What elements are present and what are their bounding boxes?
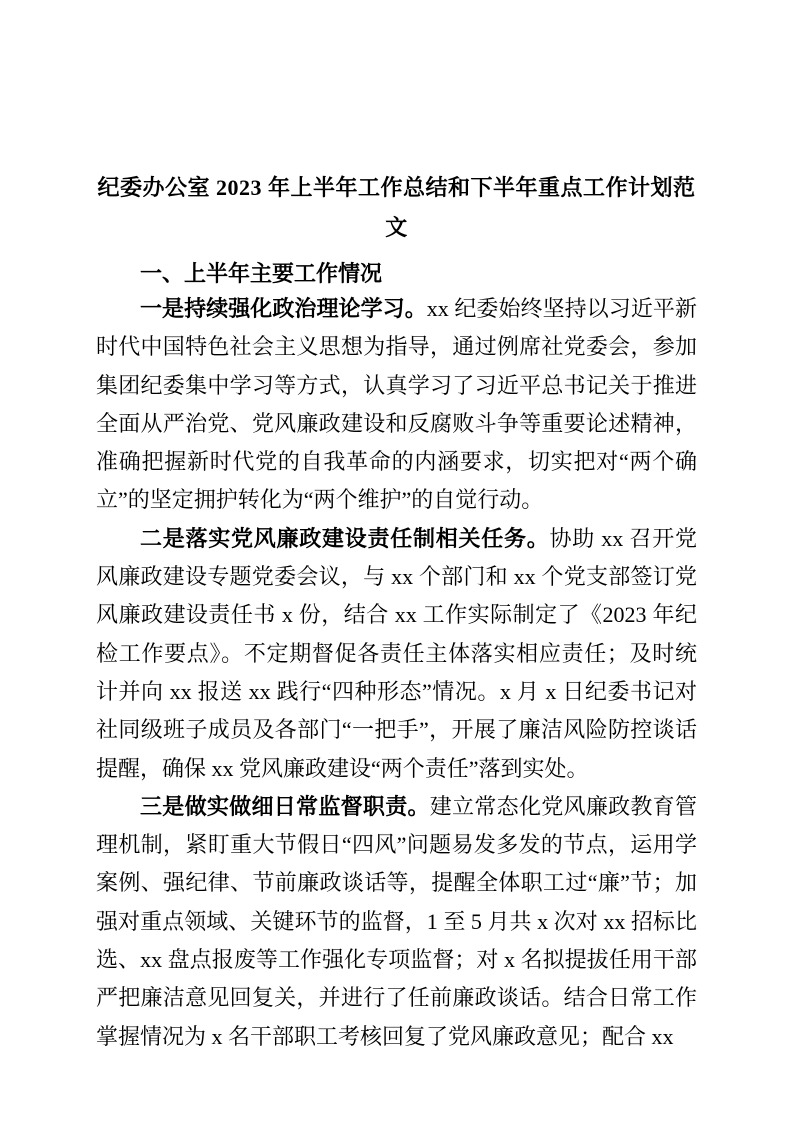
paragraph-lead-emphasis: 二是落实党风廉政建设责任制相关任务。: [140, 526, 549, 551]
section-heading: 一、上半年主要工作情况: [96, 258, 697, 290]
document-content: 纪委办公室 2023 年上半年工作总结和下半年重点工作计划范文 一、上半年主要工…: [96, 168, 697, 1056]
body-paragraph: 二是落实党风廉政建设责任制相关任务。协助 xx 召开党风廉政建设专题党委会议，与…: [96, 520, 697, 788]
document-title: 纪委办公室 2023 年上半年工作总结和下半年重点工作计划范文: [96, 168, 697, 248]
paragraph-text: xx 纪委始终坚持以习近平新时代中国特色社会主义思想为指导，通过例席社党委会，参…: [96, 296, 697, 512]
paragraph-text: 协助 xx 召开党风廉政建设专题党委会议，与 xx 个部门和 xx 个党支部签订…: [96, 526, 697, 781]
paragraph-lead-emphasis: 三是做实做细日常监督职责。: [140, 794, 430, 819]
body-paragraph: 三是做实做细日常监督职责。建立常态化党风廉政教育管理机制，紧盯重大节假日“四风”…: [96, 788, 697, 1056]
document-page: 纪委办公室 2023 年上半年工作总结和下半年重点工作计划范文 一、上半年主要工…: [0, 0, 793, 1122]
paragraph-lead-emphasis: 一是持续强化政治理论学习。: [140, 296, 427, 321]
body-paragraph: 一是持续强化政治理论学习。xx 纪委始终坚持以习近平新时代中国特色社会主义思想为…: [96, 290, 697, 520]
paragraph-text: 建立常态化党风廉政教育管理机制，紧盯重大节假日“四风”问题易发多发的节点，运用学…: [96, 794, 697, 1049]
